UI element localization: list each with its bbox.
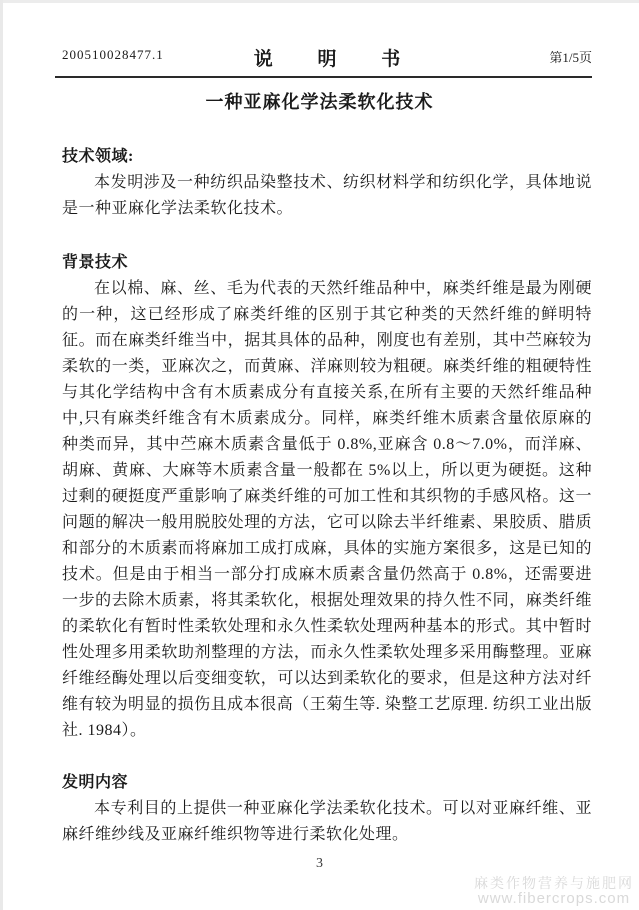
page-number: 3 (0, 856, 639, 872)
section-invention-content: 发明内容 本专利目的上提供一种亚麻化学法柔软化技术。可以对亚麻纤维、亚麻纤维纱线… (62, 770, 592, 848)
section-heading-background-art: 背景技术 (62, 250, 592, 276)
watermark-site-name: 麻类作物营养与施肥网 (474, 876, 634, 891)
document-type-title: 说 明 书 (234, 44, 421, 71)
site-watermark: 麻类作物营养与施肥网 www.fibercrops.com (474, 876, 634, 906)
section-heading-technical-field: 技术领域: (62, 144, 592, 170)
watermark-site-url: www.fibercrops.com (474, 891, 634, 906)
section-heading-invention-content: 发明内容 (62, 770, 592, 796)
application-number: 200510028477.1 (62, 47, 164, 63)
header-divider (55, 76, 592, 78)
section-technical-field: 技术领域: 本发明涉及一种纺织品染整技术、纺织材料学和纺织化学，具体地说是一种亚… (62, 144, 592, 222)
page-indicator: 第1/5页 (549, 47, 592, 66)
document-body: 技术领域: 本发明涉及一种纺织品染整技术、纺织材料学和纺织化学，具体地说是一种亚… (62, 144, 592, 848)
page-header: 200510028477.1 说 明 书 第1/5页 (62, 44, 592, 66)
paragraph-invention-content: 本专利目的上提供一种亚麻化学法柔软化技术。可以对亚麻纤维、亚麻纤维纱线及亚麻纤维… (62, 796, 592, 848)
paragraph-background-art: 在以棉、麻、丝、毛为代表的天然纤维品种中，麻类纤维是最为刚硬的一种，这已经形成了… (62, 276, 592, 744)
paragraph-technical-field: 本发明涉及一种纺织品染整技术、纺织材料学和纺织化学，具体地说是一种亚麻化学法柔软… (62, 170, 592, 222)
invention-title: 一种亚麻化学法柔软化技术 (0, 88, 639, 114)
section-background-art: 背景技术 在以棉、麻、丝、毛为代表的天然纤维品种中，麻类纤维是最为刚硬的一种，这… (62, 250, 592, 744)
patent-description-page: 200510028477.1 说 明 书 第1/5页 一种亚麻化学法柔软化技术 … (0, 0, 639, 910)
